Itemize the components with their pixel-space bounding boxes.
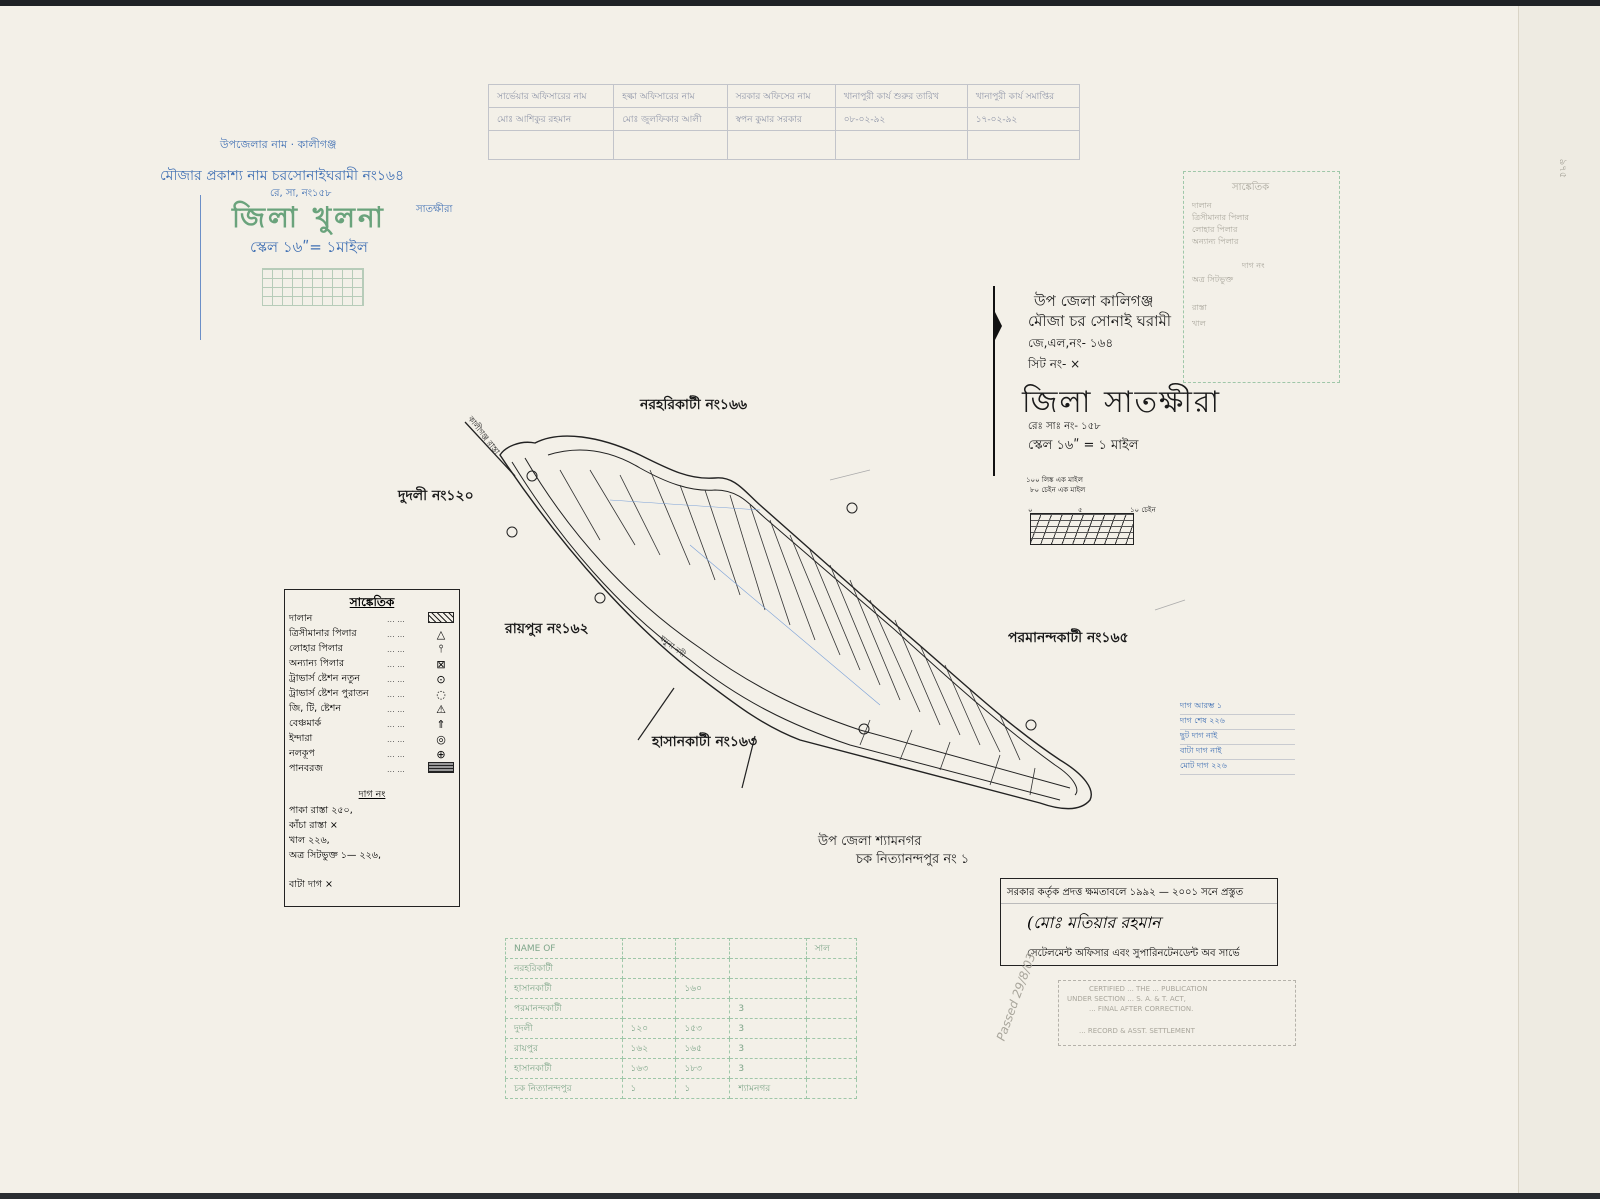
tri-junction-pillar-icon: △	[427, 628, 455, 641]
table-row: পরমানন্দকাটী3	[506, 999, 857, 1019]
dag-summary-row: ছুট দাগ নাই	[1180, 730, 1295, 745]
officer-signature: (মোঃ মতিয়ার রহমান	[1027, 910, 1161, 937]
table-row: NAME OFসাল	[506, 939, 857, 959]
neighbor-southwest: রায়পুর নং১৬২	[505, 617, 589, 641]
neighbor-north: নরহরিকাটী নং১৬৬	[640, 393, 747, 417]
dag-summary-row: দাগ শেষ ২২৬	[1180, 715, 1295, 730]
legend-item: ট্রাভার্স ষ্টেশন নতুন... ...⊙	[289, 672, 455, 686]
certificate-box: সরকার কর্তৃক প্রদত্ত ক্ষমতাবলে ১৯৯২ — ২০…	[1000, 878, 1278, 966]
gt-station-icon: ⚠	[427, 703, 455, 716]
neighbor-west: দুদলী নং১২০	[398, 484, 474, 508]
officer-title: সেটেলমেন্ট অফিসার এবং সুপারিনটেনডেন্ট অব…	[1027, 946, 1240, 963]
neighbor-south: হাসানকাটী নং১৬৩	[652, 730, 757, 754]
certificate-line: সরকার কর্তৃক প্রদত্ত ক্ষমতাবলে ১৯৯২ — ২০…	[1007, 885, 1243, 902]
legend-item: বেঞ্চমার্ক... ...⇑	[289, 717, 455, 731]
legend-box: সাঙ্কেতিক দালান... ... ত্রিসীমানার পিলার…	[284, 589, 460, 907]
legend-item: ট্রাভার্স ষ্টেশন পুরাতন... ...◌	[289, 687, 455, 701]
dag-item: বাটা দাগ ×	[289, 878, 333, 893]
betel-garden-icon	[428, 762, 454, 773]
dag-title: দাগ নং	[285, 788, 459, 803]
tubewell-icon: ⊕	[427, 748, 455, 761]
other-pillar-icon: ⊠	[427, 658, 455, 671]
stamp-line: CERTIFIED ... THE ... PUBLICATION	[1089, 985, 1207, 993]
table-row: চক নিত্যানন্দপুর১১শ্যামনগর	[506, 1079, 857, 1099]
table-row: নরহরিকাটী	[506, 959, 857, 979]
dag-item: পাকা রাস্তা ২৫০,	[289, 804, 353, 819]
stamp-line: UNDER SECTION ... S. A. & T. ACT,	[1067, 995, 1186, 1003]
iron-pillar-icon: ⫯	[427, 642, 455, 656]
table-row: দুদলী১২০১৫৩3	[506, 1019, 857, 1039]
traverse-station-old-icon: ◌	[427, 688, 455, 701]
neighbor-table: NAME OFসাল নরহরিকাটী হাসানকাটী১৬০ পরমানন…	[505, 938, 857, 1099]
dag-summary-row: দাগ আরম্ভ ১	[1180, 700, 1295, 715]
table-row: রায়পুর১৬২১৬৫3	[506, 1039, 857, 1059]
table-row: হাসানকাটী১৬৩১৮৩3	[506, 1059, 857, 1079]
stamp-line: ... FINAL AFTER CORRECTION.	[1089, 1005, 1193, 1013]
legend-item: ইন্দারা... ...◎	[289, 732, 455, 746]
legend-item: পানবরজ... ...	[289, 762, 455, 776]
dag-item: অত্র সিটভুক্ত ১— ২২৬,	[289, 849, 381, 864]
legend-item: দালান... ...	[289, 612, 455, 626]
table-row: হাসানকাটী১৬০	[506, 979, 857, 999]
dag-item: খাল ২২৬,	[289, 834, 330, 849]
building-icon	[428, 612, 454, 623]
neighbor-east: পরমানন্দকাটী নং১৬৫	[1008, 626, 1129, 650]
legend-item: অন্যান্য পিলার... ...⊠	[289, 657, 455, 671]
benchmark-icon: ⇑	[427, 718, 455, 731]
legend-item: লোহার পিলার... ...⫯	[289, 642, 455, 656]
dag-summary: দাগ আরম্ভ ১ দাগ শেষ ২২৬ ছুট দাগ নাই বাটা…	[1180, 700, 1295, 775]
dag-summary-row: বাটা দাগ নাই	[1180, 745, 1295, 760]
neighbor-chak-nityanandapur: চক নিত্যানন্দপুর নং ১	[856, 850, 969, 871]
dag-item: কাঁচা রাস্তা ×	[289, 819, 338, 834]
certification-stamp: CERTIFIED ... THE ... PUBLICATION UNDER …	[1058, 980, 1296, 1046]
well-icon: ◎	[427, 733, 455, 746]
stamp-line: ... RECORD & ASST. SETTLEMENT	[1079, 1027, 1195, 1035]
legend-item: ত্রিসীমানার পিলার... ...△	[289, 627, 455, 641]
legend-item: নলকূপ... ...⊕	[289, 747, 455, 761]
traverse-station-new-icon: ⊙	[427, 673, 455, 686]
legend-item: জি, টি, ষ্টেশন... ...⚠	[289, 702, 455, 716]
dag-summary-row: মোট দাগ ২২৬	[1180, 760, 1295, 775]
